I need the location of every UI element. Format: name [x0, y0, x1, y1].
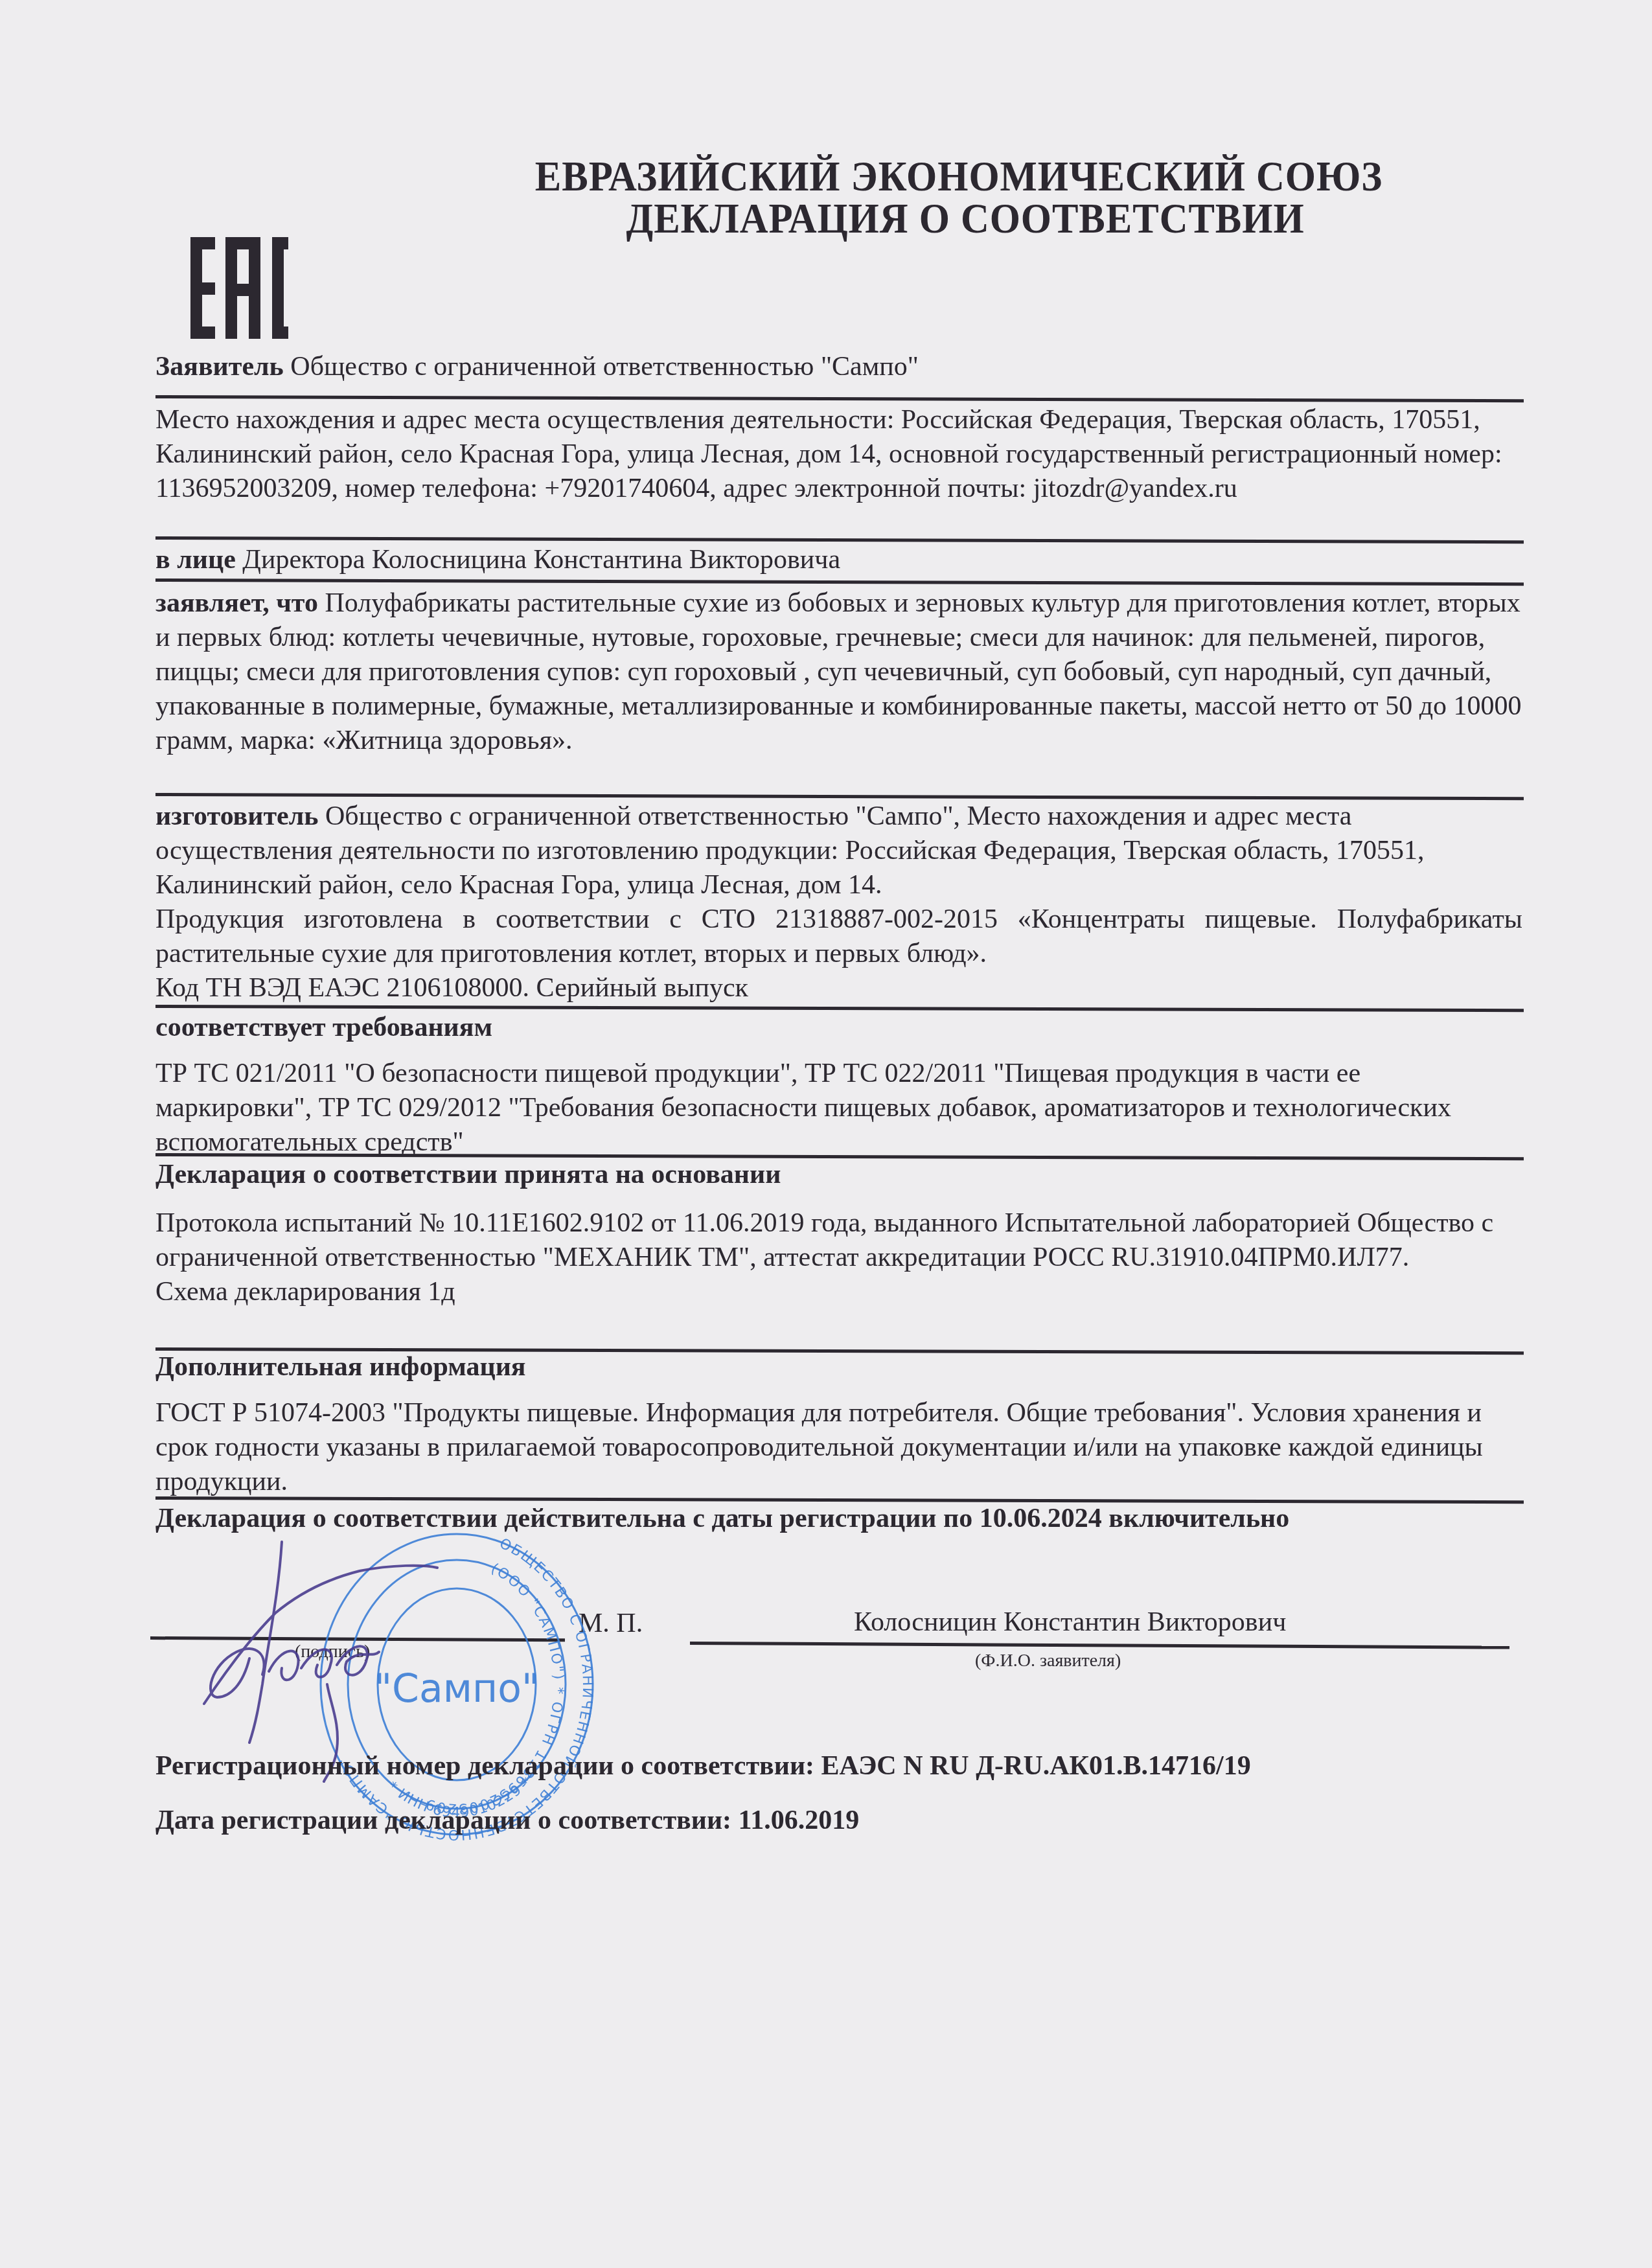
basis-text: Протокола испытаний № 10.11Е1602.9102 от…	[155, 1206, 1522, 1275]
location-section: Место нахождения и адрес места осуществл…	[155, 403, 1522, 506]
conforms-label: соответствует требованиям	[155, 1013, 492, 1042]
representative-label: в лице	[155, 545, 236, 575]
document-title: ДЕКЛАРАЦИЯ О СООТВЕТСТВИИ	[205, 194, 1652, 244]
manufacturer-label: изготовитель	[155, 801, 319, 831]
applicant-section: Заявитель Общество с ограниченной ответс…	[155, 350, 1522, 384]
declaration-page: ЕВРАЗИЙСКИЙ ЭКОНОМИЧЕСКИЙ СОЮЗ ДЕКЛАРАЦИ…	[0, 0, 1652, 2268]
manufacturer-standard: Продукция изготовлена в соответствии с С…	[155, 902, 1522, 971]
divider	[155, 395, 1524, 402]
additional-section: Дополнительная информация ГОСТ Р 51074-2…	[155, 1350, 1522, 1499]
manufacturer-section: изготовитель Общество с ограниченной отв…	[155, 799, 1522, 1005]
registration-date: Дата регистрации декларации о соответств…	[155, 1805, 859, 1835]
declares-section: заявляет, что Полуфабрикаты растительные…	[155, 586, 1522, 758]
name-caption: (Ф.И.О. заявителя)	[975, 1651, 1121, 1671]
registration-date-section: Дата регистрации декларации о соответств…	[155, 1804, 1522, 1838]
declares-value: Полуфабрикаты растительные сухие из бобо…	[155, 588, 1522, 755]
additional-text: ГОСТ Р 51074-2003 "Продукты пищевые. Инф…	[155, 1396, 1522, 1499]
additional-label: Дополнительная информация	[155, 1352, 526, 1382]
validity-text: Декларация о соответствии действительна …	[155, 1504, 1289, 1533]
validity-section: Декларация о соответствии действительна …	[155, 1502, 1522, 1536]
tnved-code: Код ТН ВЭД ЕАЭС 2106108000. Серийный вып…	[155, 971, 1522, 1005]
applicant-label: Заявитель	[155, 352, 284, 382]
eac-mark-icon	[179, 232, 288, 341]
applicant-name: Колосницин Константин Викторович	[854, 1605, 1437, 1640]
declares-label: заявляет, что	[155, 588, 318, 618]
registration-number-section: Регистрационный номер декларации о соотв…	[155, 1749, 1522, 1783]
representative-value: Директора Колосницина Константина Виктор…	[236, 545, 840, 575]
conforms-text: ТР ТС 021/2011 "О безопасности пищевой п…	[155, 1057, 1522, 1160]
applicant-value: Общество с ограниченной ответственностью…	[284, 352, 919, 382]
declaration-scheme: Схема декларирования 1д	[155, 1275, 1522, 1309]
registration-number: Регистрационный номер декларации о соотв…	[155, 1751, 1251, 1781]
basis-label: Декларация о соответствии принята на осн…	[155, 1160, 781, 1189]
basis-section: Декларация о соответствии принята на осн…	[155, 1158, 1522, 1309]
name-line	[690, 1642, 1509, 1649]
representative-section: в лице Директора Колосницина Константина…	[155, 543, 1522, 577]
divider	[155, 578, 1524, 586]
location-text: Место нахождения и адрес места осуществл…	[155, 405, 1502, 503]
manufacturer-value: Общество с ограниченной ответственностью…	[155, 801, 1424, 900]
seal-mark: М. П.	[579, 1607, 708, 1641]
conforms-section: соответствует требованиям ТР ТС 021/2011…	[155, 1011, 1522, 1160]
